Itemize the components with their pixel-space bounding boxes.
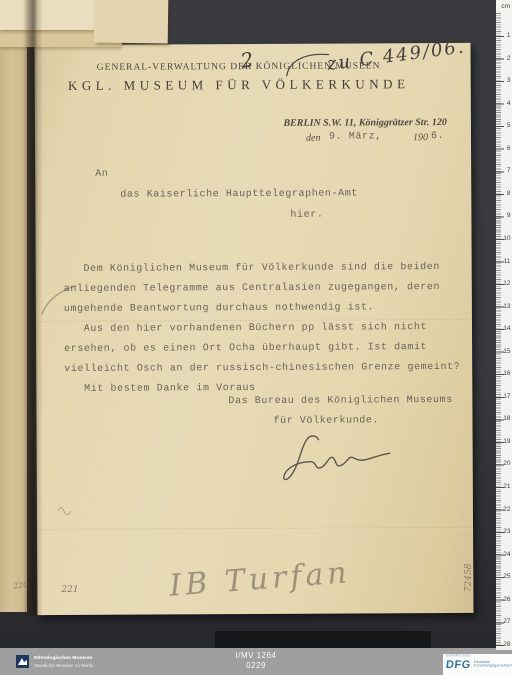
- ruler-number: 17: [503, 393, 510, 400]
- ruler-number: 27: [503, 618, 510, 625]
- footer-bar: Ethnologisches Museum Staatliche Museen …: [0, 648, 512, 675]
- funder-name: Deutsche Forschungsgemeinschaft: [474, 660, 512, 668]
- funder-name-line2: Forschungsgemeinschaft: [474, 664, 512, 668]
- pencil-squiggle: [57, 504, 73, 516]
- ruler-number: 22: [503, 506, 510, 513]
- ruler-number: 18: [503, 415, 510, 422]
- recipient-an: An: [95, 169, 108, 180]
- page-corner-right: [94, 0, 169, 44]
- ruler-unit-label: cm: [501, 3, 510, 10]
- ruler-number: 9: [507, 212, 511, 219]
- funding-note: Gefördert durch: [446, 654, 471, 658]
- body-line: Aus den hier vorhandenen Büchern pp läss…: [64, 318, 464, 340]
- ruler-number: 10: [503, 235, 510, 242]
- shelfmark: I/MV 1264: [236, 651, 277, 661]
- letter-page: 2 zu C 449/06. GENERAL-VERWALTUNG DER KÖ…: [35, 43, 474, 615]
- dfg-logo-icon: DFG: [445, 659, 471, 671]
- date-typed-day: 9. März,: [329, 131, 382, 142]
- institution-parent: Staatliche Museen zu Berlin: [34, 663, 94, 668]
- ruler-number: 25: [503, 573, 510, 580]
- ruler-number: 6: [507, 145, 511, 152]
- recipient-place: hier.: [290, 210, 323, 221]
- letterhead-address: BERLIN S.W. 11, Königgrätzer Str. 120: [229, 117, 447, 129]
- ruler-number: 15: [503, 348, 510, 355]
- ruler-number: 7: [507, 167, 511, 174]
- scan-page-number: 0229: [236, 661, 277, 671]
- ruler-number: 3: [507, 77, 511, 84]
- date-typed-year: 6.: [431, 131, 444, 142]
- signature-junker: [281, 431, 396, 484]
- pencil-page-number: 221: [61, 585, 78, 595]
- date-printed-year: 190: [413, 132, 428, 143]
- pencil-page-number-far-left: 220: [13, 580, 29, 591]
- mat-shadow-band: [215, 631, 431, 648]
- letterhead-line2: KGL. MUSEUM FÜR VÖLKERKUNDE: [49, 76, 429, 94]
- body-line: vielleicht Osch an der russisch-chinesis…: [64, 358, 464, 380]
- ruler-number: 21: [503, 483, 510, 490]
- ruler-number: 12: [503, 280, 510, 287]
- ruler-number: 13: [503, 303, 510, 310]
- dfg-logo-block: Gefördert durch DFG Deutsche Forschungsg…: [443, 654, 512, 675]
- body-line: anliegenden Telegramme aus Centralasien …: [64, 278, 464, 300]
- smb-museum-logo-icon: [16, 655, 29, 668]
- closing-line2: für Völkerkunde.: [273, 415, 379, 427]
- ruler-number: 5: [507, 122, 511, 129]
- ruler-number: 11: [504, 258, 511, 265]
- ruler-number: 26: [503, 596, 510, 603]
- ruler-number: 14: [503, 325, 510, 332]
- letterhead-line1: GENERAL-VERWALTUNG DER KÖNIGLICHEN MUSEE…: [59, 61, 419, 73]
- ruler-number: 23: [503, 528, 510, 535]
- footer-institution: Ethnologisches Museum Staatliche Museen …: [16, 648, 133, 675]
- institution-name: Ethnologisches Museum: [34, 655, 95, 660]
- closing-line1: Das Bureau des Königlichen Museums: [228, 395, 452, 407]
- recipient-name: das Kaiserliche Haupttelegraphen-Amt: [120, 188, 358, 200]
- ruler-number: 24: [503, 551, 510, 558]
- footer-shelfmark-block: I/MV 1264 0229: [236, 651, 277, 671]
- body-paragraphs: Dem Königlichen Museum für Völkerkunde s…: [64, 258, 465, 400]
- date-prefix: den: [306, 133, 321, 144]
- ruler-number: 20: [503, 460, 510, 467]
- ruler: cm 1234567891011121314151617181920212223…: [496, 0, 512, 650]
- ruler-number: 4: [507, 100, 511, 107]
- fold-crease: [37, 527, 473, 531]
- ruler-number: 1: [507, 32, 511, 39]
- body-line: Dem Königlichen Museum für Völkerkunde s…: [64, 258, 464, 280]
- body-line: umgehende Beantwortung durchaus nothwend…: [64, 298, 464, 320]
- ruler-number: 16: [503, 370, 510, 377]
- scanned-page: 2 zu C 449/06. GENERAL-VERWALTUNG DER KÖ…: [0, 0, 512, 675]
- ruler-number: 2: [507, 55, 511, 62]
- pencil-note-turfan: IB Turfan: [168, 555, 352, 604]
- ruler-number: 8: [507, 190, 511, 197]
- binding-gutter-shadow: [23, 0, 43, 616]
- pencil-number-vertical: 72458: [464, 550, 474, 605]
- body-line: ersehen, ob es einen Ort Ocha überhaupt …: [64, 338, 464, 360]
- ruler-number: 19: [503, 438, 510, 445]
- page-corner-top: [0, 0, 106, 30]
- ruler-number: 28: [503, 641, 510, 648]
